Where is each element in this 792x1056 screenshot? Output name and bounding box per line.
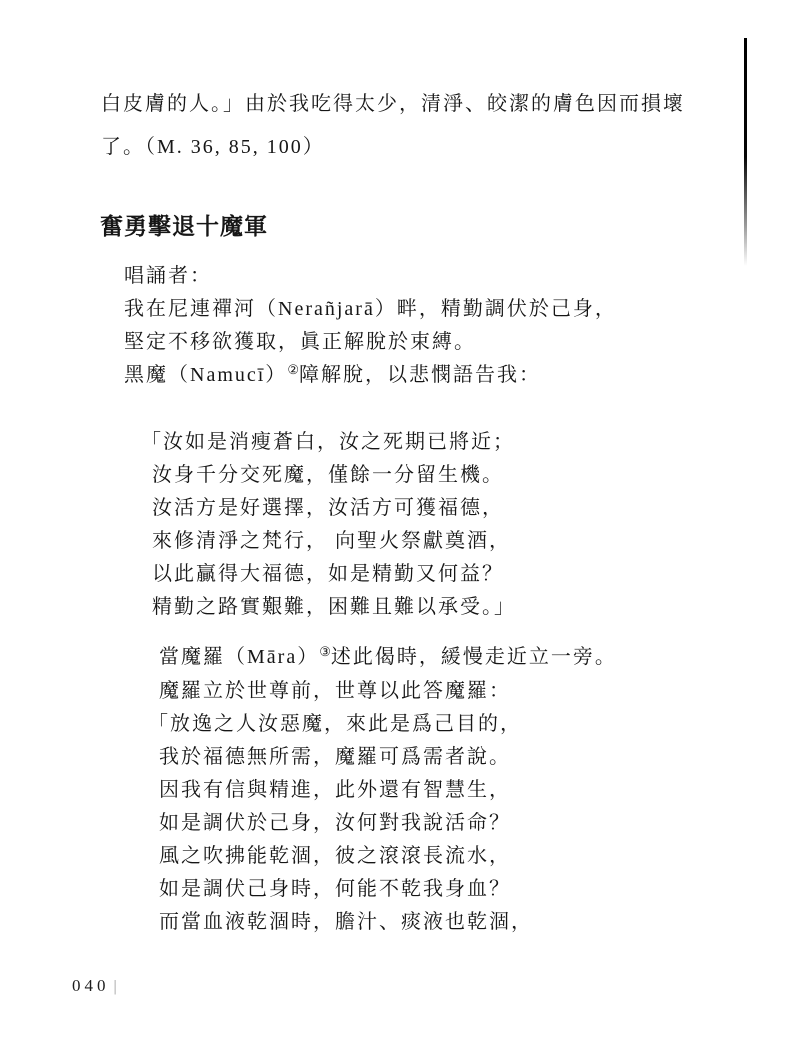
verse-line-text: 障解脫，以悲憫語告我： <box>299 364 541 386</box>
verse-line: 而當血液乾涸時，膽汁、痰液也乾涸， <box>148 906 617 939</box>
book-page: 白皮膚的人。」由於我吃得太少，清淨、皎潔的膚色因而損壞 了。（M. 36, 85… <box>0 0 792 1056</box>
section-heading: 奮勇擊退十魔軍 <box>100 208 268 241</box>
intro-line-2: 了。（M. 36, 85, 100） <box>101 126 685 169</box>
verse-line: 魔羅立於世尊前，世尊以此答魔羅： <box>148 675 617 708</box>
verse-line: 風之吹拂能乾涸，彼之滾滾長流水， <box>148 840 617 873</box>
verse-line-text: 黑魔（Namucī） <box>124 364 287 386</box>
intro-line-1: 白皮膚的人。」由於我吃得太少，清淨、皎潔的膚色因而損壞 <box>101 83 685 126</box>
intro-paragraph: 白皮膚的人。」由於我吃得太少，清淨、皎潔的膚色因而損壞 了。（M. 36, 85… <box>101 83 685 169</box>
footnote-marker-2: ② <box>287 362 299 377</box>
verse-line: 如是調伏於己身，汝何對我說活命？ <box>148 807 617 840</box>
verse-line: 黑魔（Namucī）②障解脫，以悲憫語告我： <box>124 359 617 393</box>
verse-line: 汝活方是好選擇，汝活方可獲福德， <box>141 492 516 525</box>
verse-line-text: 述此偈時，緩慢走近立一旁。 <box>331 646 617 668</box>
verse-line-text: 當魔羅（Māra） <box>159 646 319 668</box>
verse-line: 精勤之路實艱難，困難且難以承受。」 <box>141 591 516 624</box>
verse-block-buddha-reply: 當魔羅（Māra）③述此偈時，緩慢走近立一旁。 魔羅立於世尊前，世尊以此答魔羅：… <box>148 641 617 939</box>
verse-block-mara-speech: 「汝如是消瘦蒼白，汝之死期已將近； 汝身千分交死魔，僅餘一分留生機。 汝活方是好… <box>141 426 516 624</box>
verse-line: 因我有信與精進，此外還有智慧生， <box>148 774 617 807</box>
footer-separator: | <box>114 978 121 995</box>
verse-line: 堅定不移欲獲取，眞正解脫於束縛。 <box>124 326 617 359</box>
verse-line: 以此贏得大福德，如是精勤又何益？ <box>141 558 516 591</box>
chanter-label: 唱誦者： <box>124 260 617 293</box>
verse-line: 當魔羅（Māra）③述此偈時，緩慢走近立一旁。 <box>148 641 617 675</box>
verse-line: 我於福德無所需，魔羅可爲需者說。 <box>148 741 617 774</box>
verse-block-intro: 唱誦者： 我在尼連禪河（Nerañjarā）畔，精勤調伏於己身， 堅定不移欲獲取… <box>124 260 617 393</box>
page-number: 040 <box>72 976 110 995</box>
verse-line: 如是調伏己身時，何能不乾我身血？ <box>148 873 617 906</box>
verse-line: 「汝如是消瘦蒼白，汝之死期已將近； <box>141 426 516 459</box>
verse-line: 來修清淨之梵行， 向聖火祭獻奠酒， <box>141 525 516 558</box>
page-footer: 040| <box>72 976 121 996</box>
verse-line: 汝身千分交死魔，僅餘一分留生機。 <box>141 459 516 492</box>
verse-line: 「放逸之人汝惡魔，來此是爲己目的， <box>148 708 617 741</box>
footnote-marker-3: ③ <box>319 644 331 659</box>
page-edge-chapter-mark <box>744 38 747 266</box>
verse-line: 我在尼連禪河（Nerañjarā）畔，精勤調伏於己身， <box>124 293 617 326</box>
